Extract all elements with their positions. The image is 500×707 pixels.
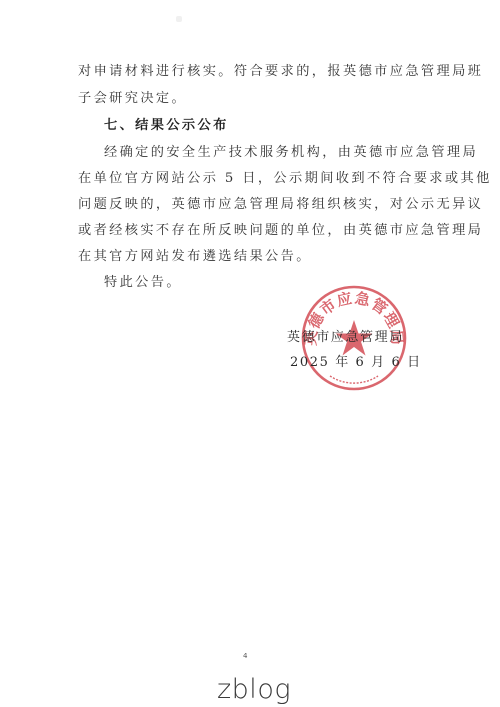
watermark-text: zblog <box>217 674 291 705</box>
paragraph-line: 经确定的安全生产技术服务机构，由英德市应急管理局 <box>104 145 478 161</box>
paragraph-line: 在单位官方网站公示 5 日，公示期间收到不符合要求或其他 <box>78 171 492 187</box>
paragraph-line: 在其官方网站发布遴选结果公告。 <box>78 249 312 265</box>
section-heading: 七、结果公示公布 <box>104 118 229 134</box>
page-number: 4 <box>243 652 247 660</box>
closing-text: 特此公告。 <box>104 275 182 291</box>
paragraph-line: 问题反映的，英德市应急管理局将组织核实，对公示无异议 <box>78 197 483 213</box>
document-page: 对申请材料进行核实。符合要求的，报英德市应急管理局班 子会研究决定。 七、结果公… <box>0 0 500 707</box>
paragraph-line: 子会研究决定。 <box>78 91 187 107</box>
signature-organization: 英德市应急管理局 <box>287 326 404 345</box>
paragraph-line: 对申请材料进行核实。符合要求的，报英德市应急管理局班 <box>78 64 483 80</box>
paragraph-line: 或者经核实不存在所反映问题的单位，由英德市应急管理局 <box>78 223 483 239</box>
signature-date: 2025 年 6 月 6 日 <box>290 351 422 370</box>
scan-artifact <box>176 16 182 22</box>
